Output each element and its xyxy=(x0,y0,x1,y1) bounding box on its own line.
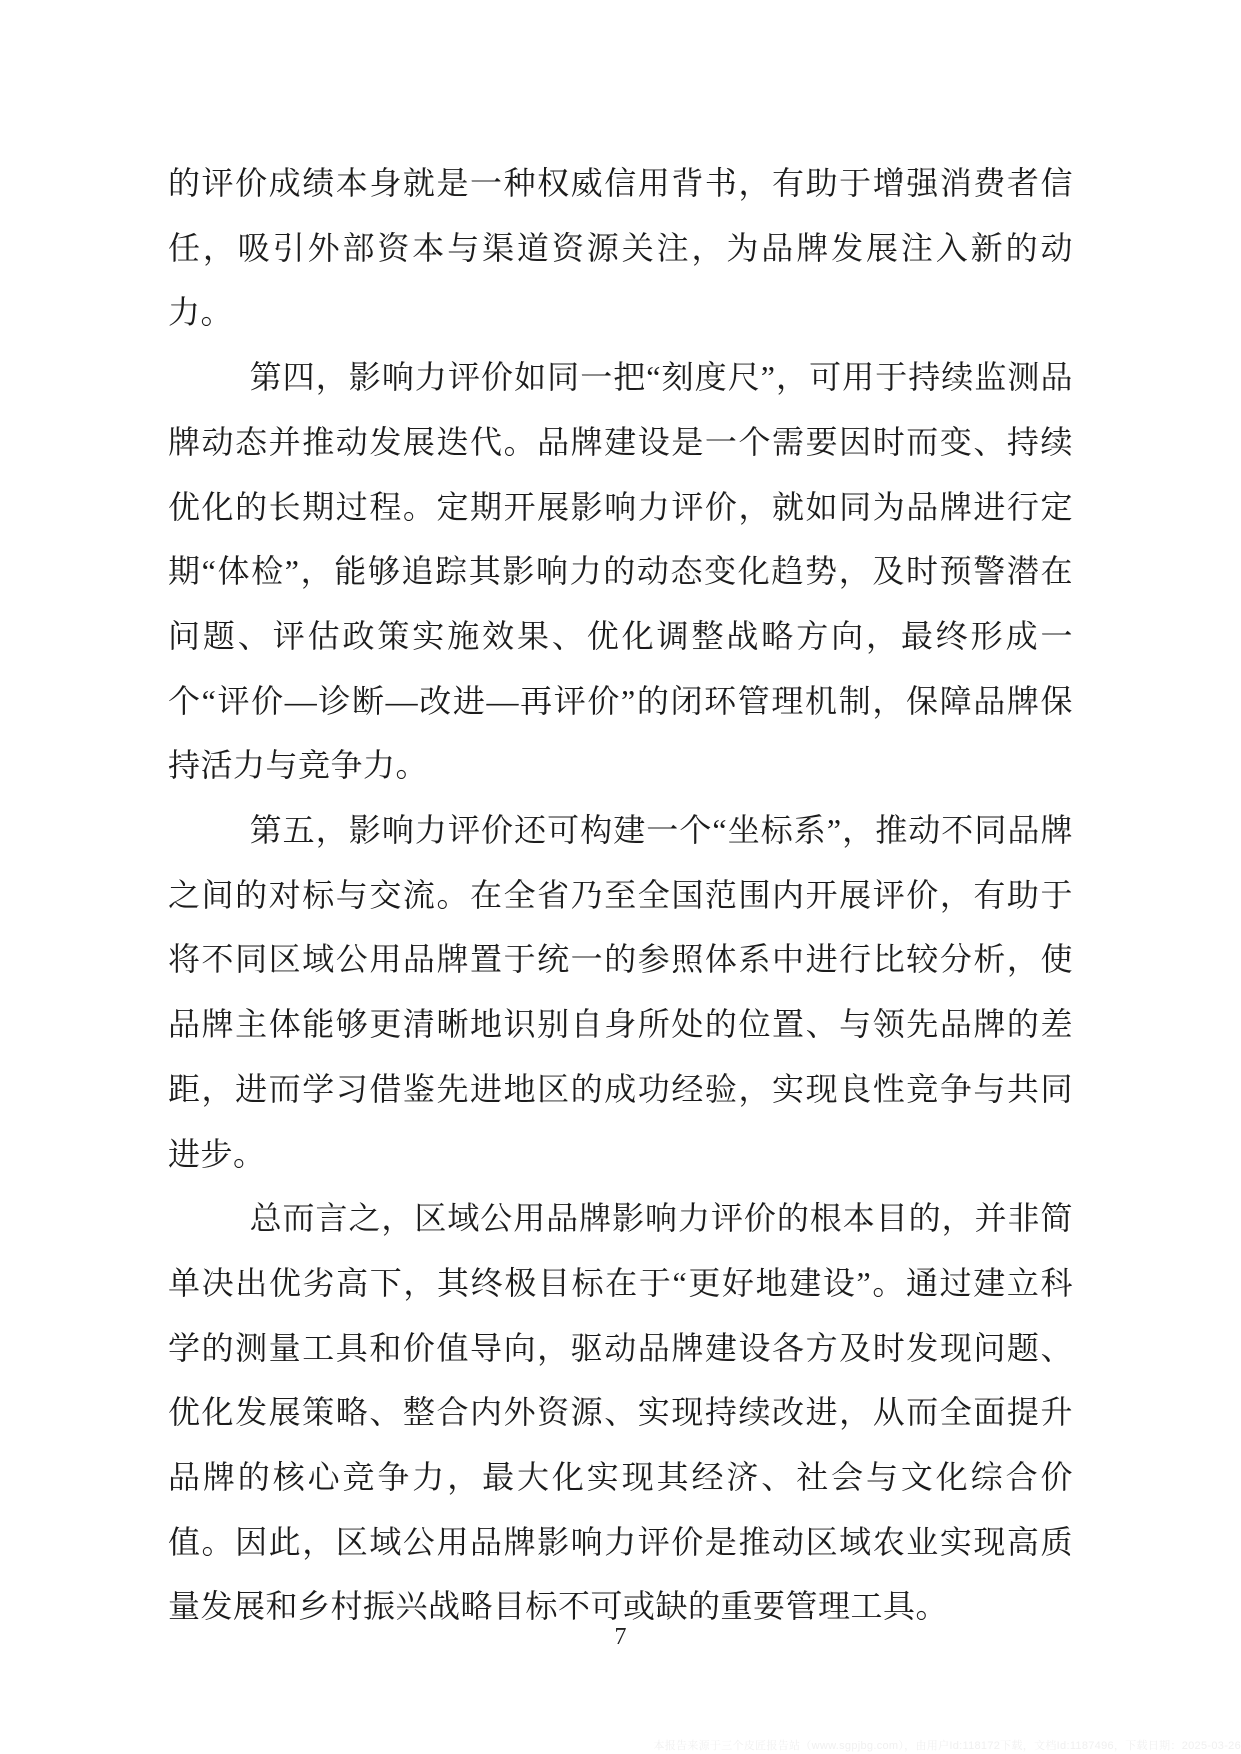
document-page: 的评价成绩本身就是一种权威信用背书，有助于增强消费者信任，吸引外部资本与渠道资源… xyxy=(0,0,1241,1754)
paragraph-point-four: 第四，影响力评价如同一把“刻度尺”，可用于持续监测品牌动态并推动发展迭代。品牌建… xyxy=(168,345,1073,798)
paragraph-continuation: 的评价成绩本身就是一种权威信用背书，有助于增强消费者信任，吸引外部资本与渠道资源… xyxy=(168,151,1073,345)
paragraph-conclusion: 总而言之，区域公用品牌影响力评价的根本目的，并非简单决出优劣高下，其终极目标在于… xyxy=(168,1186,1073,1639)
download-watermark: 本报告来源于三个皮匠报告站（www.sgpjbg.com），由用户Id:1181… xyxy=(653,1737,1241,1753)
body-text: 的评价成绩本身就是一种权威信用背书，有助于增强消费者信任，吸引外部资本与渠道资源… xyxy=(168,151,1073,1639)
paragraph-point-five: 第五，影响力评价还可构建一个“坐标系”，推动不同品牌之间的对标与交流。在全省乃至… xyxy=(168,798,1073,1186)
page-number: 7 xyxy=(0,1624,1241,1651)
